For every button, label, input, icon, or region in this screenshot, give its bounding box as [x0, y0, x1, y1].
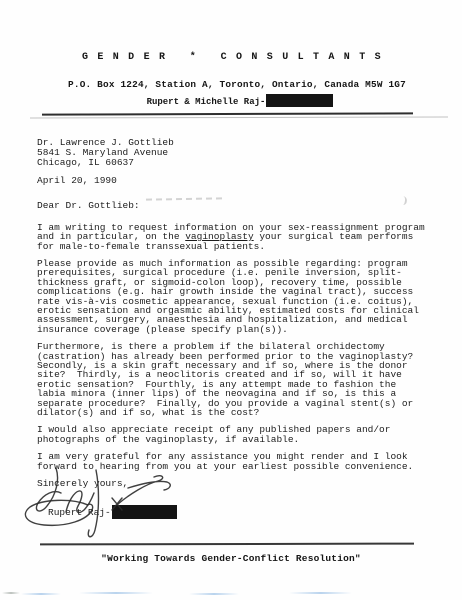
paragraph-3: Furthermore, is there a problem if the b… — [37, 342, 439, 417]
letterhead-divider-shadow — [30, 116, 448, 118]
scan-artifact — [79, 592, 153, 594]
letterhead-address: P.O. Box 1224, Station A, Toronto, Ontar… — [6, 79, 462, 90]
scan-artifact — [2, 592, 20, 594]
letter-date: April 20, 1990 — [37, 176, 439, 185]
letter-body: Dr. Lawrence J. Gottlieb 5841 S. Marylan… — [37, 138, 439, 519]
paragraph-2: Please provide as much information as po… — [37, 259, 439, 334]
footer-motto: "Working Towards Gender-Conflict Resolut… — [0, 553, 462, 564]
recipient-address: Dr. Lawrence J. Gottlieb 5841 S. Marylan… — [37, 138, 439, 167]
letterhead-names-text: Rupert & Michelle Raj- — [147, 97, 266, 107]
letterhead-names: Rupert & Michelle Raj- — [9, 94, 462, 107]
paragraph-5: I am very grateful for any assistance yo… — [37, 452, 439, 471]
scan-artifact — [21, 593, 61, 595]
redaction-box — [112, 505, 177, 519]
footer-divider — [40, 543, 414, 546]
scan-artifact — [289, 592, 352, 594]
letterhead-title: GENDER * CONSULTANTS — [0, 52, 462, 63]
paragraph-4: I would also appreciate receipt of any p… — [37, 425, 439, 444]
letterhead: GENDER * CONSULTANTS P.O. Box 1224, Stat… — [0, 52, 462, 107]
valediction: Sincerely yours, — [37, 479, 439, 488]
scan-artifact — [189, 593, 239, 595]
redaction-box — [266, 94, 333, 107]
letterhead-divider — [42, 112, 413, 115]
signature-line: Rupert Raj- — [37, 505, 439, 519]
letter-page: GENDER * CONSULTANTS P.O. Box 1224, Stat… — [0, 0, 462, 600]
signed-name-text: Rupert Raj- — [48, 507, 111, 518]
salutation: Dear Dr. Gottlieb: — [37, 201, 439, 210]
paragraph-1: I am writing to request information on y… — [37, 223, 439, 251]
